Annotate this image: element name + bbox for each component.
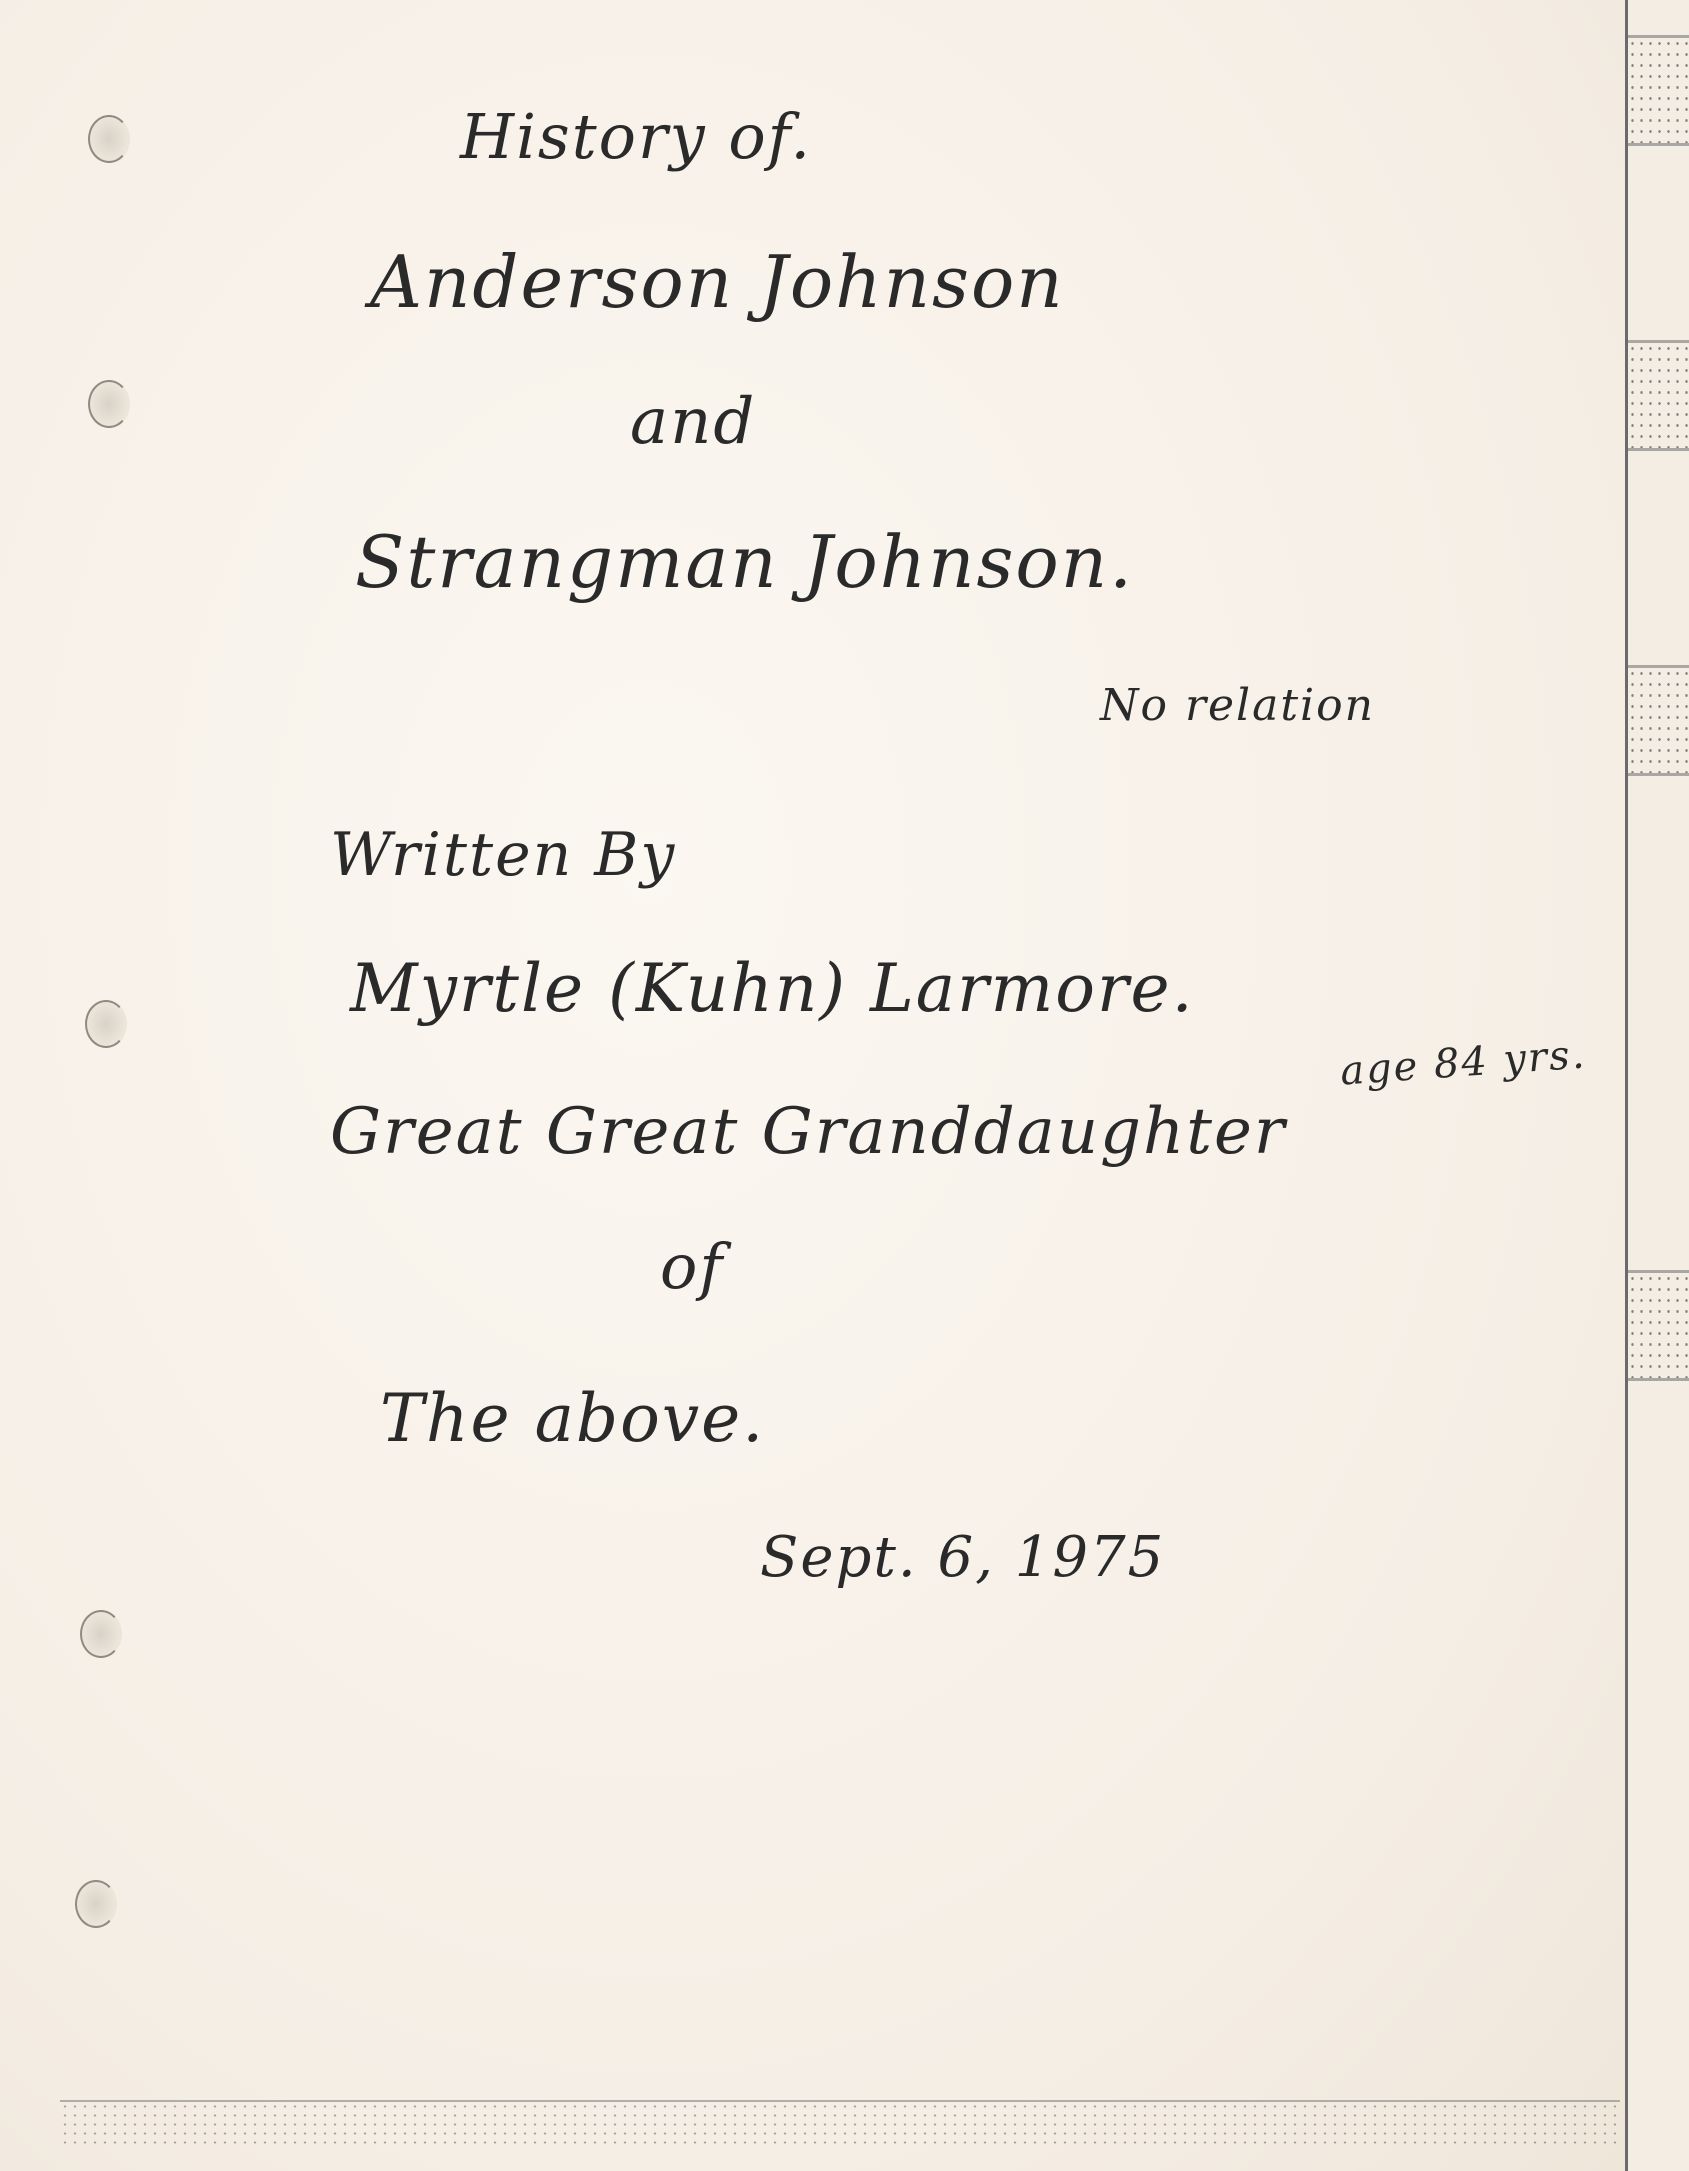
binder-hole [88,380,130,428]
byline-text: Written By [330,820,676,890]
bottom-perforation-strip [60,2100,1620,2147]
relationship-text: Great Great Granddaughter [330,1095,1286,1169]
of-text: of [660,1230,724,1303]
author-name: Myrtle (Kuhn) Larmore. [350,950,1195,1027]
perforation-block [1628,340,1689,451]
tractor-feed-strip [1625,0,1689,2171]
relation-note: No relation [1100,680,1375,731]
perforation-block [1628,1270,1689,1381]
binder-hole [85,1000,127,1048]
subject-name-2: Strangman Johnson. [355,520,1134,604]
binder-hole [75,1880,117,1928]
date-text: Sept. 6, 1975 [760,1525,1165,1590]
subject-name-1: Anderson Johnson [370,240,1065,324]
conjunction-text: and [630,385,756,459]
title-text: History of. [460,100,812,173]
reference-text: The above. [380,1380,765,1457]
binder-hole [88,115,130,163]
perforation-block [1628,35,1689,146]
perforation-block [1628,665,1689,776]
binder-hole [80,1610,122,1658]
